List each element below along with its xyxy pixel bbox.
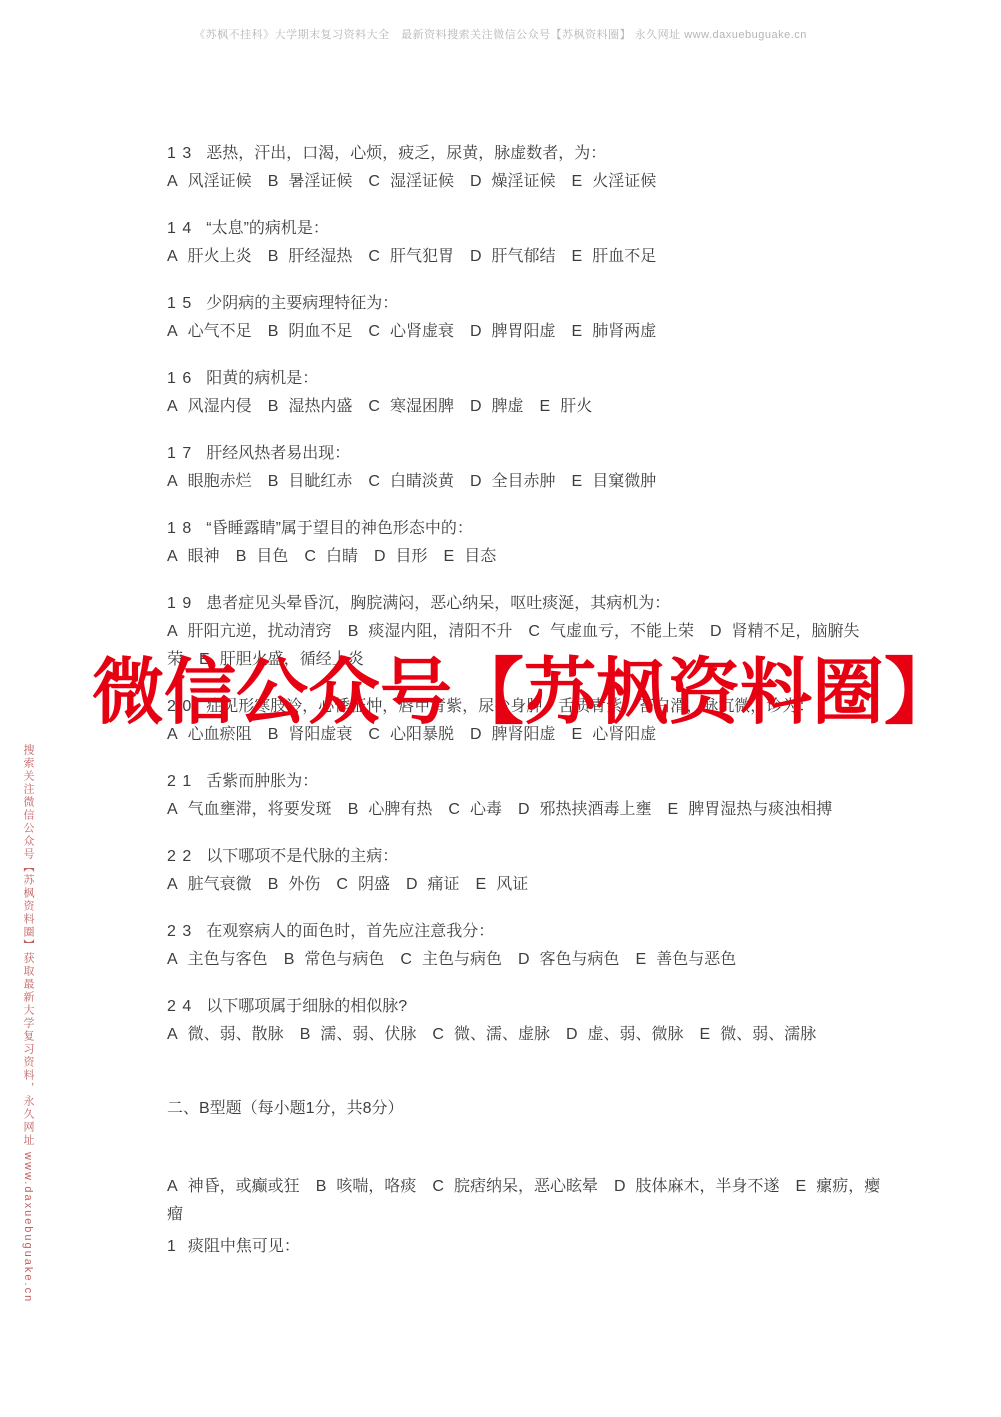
option-text: 脘痞纳呆，恶心眩晕	[454, 1178, 598, 1195]
option-key: E	[796, 1178, 807, 1195]
option-key: B	[348, 801, 359, 818]
option-text: 燥淫证候	[492, 173, 556, 190]
option-item: A眼神	[167, 548, 220, 565]
question-line: 1 7肝经风热者易出现：	[167, 440, 881, 468]
option-item: A脏气衰微	[167, 876, 252, 893]
option-key: A	[167, 801, 178, 818]
option-item: C气虚血亏，不能上荣	[528, 623, 694, 640]
option-text: 眼神	[188, 548, 220, 565]
option-key: E	[572, 173, 583, 190]
option-text: 外伤	[288, 876, 320, 893]
question-text: 患者症见头晕昏沉，胸脘满闷，恶心纳呆，呕吐痰涎，其病机为：	[206, 595, 670, 612]
question-number: 2 1	[167, 773, 192, 790]
option-key: A	[167, 473, 178, 490]
option-key: D	[470, 173, 482, 190]
question-number: 1 4	[167, 220, 192, 237]
section-b-subquestion: 1痰阻中焦可见：	[167, 1233, 881, 1261]
option-text: 气虚血亏，不能上荣	[550, 623, 694, 640]
option-item: E脾胃湿热与痰浊相搏	[668, 801, 833, 818]
option-key: B	[300, 1026, 311, 1043]
option-item: A眼胞赤烂	[167, 473, 252, 490]
option-item: B肝经湿热	[268, 248, 353, 265]
option-text: 风湿内侵	[188, 398, 252, 415]
option-list: A肝火上炎B肝经湿热C肝气犯胃D肝气郁结E肝血不足	[167, 243, 881, 271]
section-b-title: 二、B型题（每小题1分，共8分）	[167, 1095, 881, 1123]
side-margin-promo-text: 搜索关注微信公众号【苏枫资料圈】获取最新大学复习资料，永久网址 www.daxu…	[20, 744, 36, 1404]
option-item: A微、弱、散脉	[167, 1026, 284, 1043]
option-key: D	[406, 876, 418, 893]
option-text: 脾胃湿热与痰浊相搏	[688, 801, 832, 818]
option-key: E	[636, 951, 647, 968]
option-text: 白睛	[326, 548, 358, 565]
option-text: 善色与恶色	[656, 951, 736, 968]
option-item: D虚、弱、微脉	[566, 1026, 684, 1043]
option-list: A主色与客色B常色与病色C主色与病色D客色与病色E善色与恶色	[167, 946, 881, 974]
option-text: 火淫证候	[592, 173, 656, 190]
option-item: E目态	[444, 548, 497, 565]
option-text: 目形	[396, 548, 428, 565]
option-text: 主色与客色	[188, 951, 268, 968]
option-key: C	[432, 1026, 444, 1043]
exam-question: 1 8“昏睡露睛”属于望目的神色形态中的：A眼神B目色C白睛D目形E目态	[167, 515, 881, 571]
question-text: 痰阻中焦可见：	[188, 1238, 300, 1255]
option-key: B	[268, 173, 279, 190]
option-key: C	[368, 323, 380, 340]
exam-document-page: 《苏枫不挂科》大学期末复习资料大全 最新资料搜索关注微信公众号【苏枫资料圈】 永…	[0, 0, 1001, 1417]
option-text: 目窠微肿	[592, 473, 656, 490]
option-list: A心气不足B阴血不足C心肾虚衰D脾胃阳虚E肺肾两虚	[167, 318, 881, 346]
option-key: A	[167, 248, 178, 265]
option-item: B目眦红赤	[268, 473, 353, 490]
option-text: 微、弱、濡脉	[720, 1026, 816, 1043]
option-item: E目窠微肿	[572, 473, 657, 490]
option-item: B痰湿内阻，清阳不升	[348, 623, 513, 640]
option-item: D肝气郁结	[470, 248, 556, 265]
option-key: C	[528, 623, 540, 640]
option-key: E	[700, 1026, 711, 1043]
option-key: D	[470, 323, 482, 340]
option-text: 客色与病色	[540, 951, 620, 968]
option-item: A心气不足	[167, 323, 252, 340]
option-key: E	[668, 801, 679, 818]
option-item: D肢体麻木，半身不遂	[614, 1178, 780, 1195]
option-item: B暑淫证候	[268, 173, 353, 190]
question-text: 舌紫而肿胀为：	[206, 773, 318, 790]
option-item: C白睛	[304, 548, 358, 565]
question-number: 1 3	[167, 145, 192, 162]
option-item: A肝阳亢逆，扰动清窍	[167, 623, 332, 640]
option-key: C	[448, 801, 460, 818]
option-key: D	[518, 801, 530, 818]
option-item: C脘痞纳呆，恶心眩晕	[432, 1178, 598, 1195]
option-text: 眼胞赤烂	[188, 473, 252, 490]
question-line: 1 3恶热，汗出，口渴，心烦，疲乏，尿黄，脉虚数者，为：	[167, 140, 881, 168]
option-item: D邪热挟酒毒上壅	[518, 801, 652, 818]
option-key: C	[368, 248, 380, 265]
option-key: C	[368, 473, 380, 490]
option-item: C肝气犯胃	[368, 248, 454, 265]
option-item: C寒湿困脾	[368, 398, 454, 415]
exam-question: 2 1舌紫而肿胀为：A气血壅滞，将要发斑B心脾有热C心毒D邪热挟酒毒上壅E脾胃湿…	[167, 768, 881, 824]
option-key: D	[470, 398, 482, 415]
option-key: D	[374, 548, 386, 565]
option-key: B	[236, 548, 247, 565]
option-text: 肝气犯胃	[390, 248, 454, 265]
exam-question: 1 4“太息”的病机是：A肝火上炎B肝经湿热C肝气犯胃D肝气郁结E肝血不足	[167, 215, 881, 271]
option-key: E	[476, 876, 487, 893]
option-text: 邪热挟酒毒上壅	[540, 801, 652, 818]
option-key: D	[470, 473, 482, 490]
option-key: A	[167, 1178, 178, 1195]
option-text: 脏气衰微	[188, 876, 252, 893]
question-number: 2 2	[167, 848, 192, 865]
option-key: A	[167, 323, 178, 340]
option-item: C主色与病色	[400, 951, 502, 968]
option-text: 肢体麻木，半身不遂	[636, 1178, 780, 1195]
option-text: 肝火上炎	[188, 248, 252, 265]
exam-question: 2 4以下哪项属于细脉的相似脉?A微、弱、散脉B濡、弱、伏脉C微、濡、虚脉D虚、…	[167, 993, 881, 1049]
option-item: E善色与恶色	[636, 951, 737, 968]
option-item: D客色与病色	[518, 951, 620, 968]
option-item: A风湿内侵	[167, 398, 252, 415]
option-key: A	[167, 1026, 178, 1043]
option-item: E肝火	[540, 398, 593, 415]
option-list: A风淫证候B暑淫证候C湿淫证候D燥淫证候E火淫证候	[167, 168, 881, 196]
option-key: E	[572, 248, 583, 265]
option-key: C	[432, 1178, 444, 1195]
option-text: 肝气郁结	[492, 248, 556, 265]
exam-question: 2 3在观察病人的面色时，首先应注意我分：A主色与客色B常色与病色C主色与病色D…	[167, 918, 881, 974]
option-key: D	[710, 623, 722, 640]
section-b-option-list: A神昏，或癫或狂B咳喘，咯痰C脘痞纳呆，恶心眩晕D肢体麻木，半身不遂E瘰疬，瘿瘤	[167, 1173, 881, 1229]
option-list: A微、弱、散脉B濡、弱、伏脉C微、濡、虚脉D虚、弱、微脉E微、弱、濡脉	[167, 1021, 881, 1049]
question-number: 1 7	[167, 445, 192, 462]
option-item: D痛证	[406, 876, 460, 893]
option-key: E	[572, 473, 583, 490]
option-list: A脏气衰微B外伤C阴盛D痛证E风证	[167, 871, 881, 899]
exam-question: 2 2以下哪项不是代脉的主病：A脏气衰微B外伤C阴盛D痛证E风证	[167, 843, 881, 899]
question-text: 阳黄的病机是：	[206, 370, 318, 387]
question-line: 1 5少阴病的主要病理特征为：	[167, 290, 881, 318]
option-text: 暑淫证候	[288, 173, 352, 190]
option-text: 微、濡、虚脉	[454, 1026, 550, 1043]
question-number: 2 3	[167, 923, 192, 940]
question-line: 1 8“昏睡露睛”属于望目的神色形态中的：	[167, 515, 881, 543]
option-item: D目形	[374, 548, 428, 565]
option-key: C	[304, 548, 316, 565]
question-text: “昏睡露睛”属于望目的神色形态中的：	[206, 520, 473, 537]
question-line: 2 3在观察病人的面色时，首先应注意我分：	[167, 918, 881, 946]
option-item: B濡、弱、伏脉	[300, 1026, 417, 1043]
exam-question: 1 6阳黄的病机是：A风湿内侵B湿热内盛C寒湿困脾D脾虚E肝火	[167, 365, 881, 421]
question-list: 1 3恶热，汗出，口渴，心烦，疲乏，尿黄，脉虚数者，为：A风淫证候B暑淫证候C湿…	[167, 140, 881, 1049]
option-key: D	[566, 1026, 578, 1043]
option-key: C	[368, 173, 380, 190]
question-text: 恶热，汗出，口渴，心烦，疲乏，尿黄，脉虚数者，为：	[206, 145, 606, 162]
option-text: 阴盛	[358, 876, 390, 893]
option-text: 气血壅滞，将要发斑	[188, 801, 332, 818]
option-key: B	[268, 398, 279, 415]
option-item: B咳喘，咯痰	[316, 1178, 417, 1195]
option-text: 心肾虚衰	[390, 323, 454, 340]
exam-question: 1 5少阴病的主要病理特征为：A心气不足B阴血不足C心肾虚衰D脾胃阳虚E肺肾两虚	[167, 290, 881, 346]
option-item: D脾虚	[470, 398, 524, 415]
question-text: 以下哪项不是代脉的主病：	[206, 848, 398, 865]
option-text: 主色与病色	[422, 951, 502, 968]
option-text: 脾虚	[492, 398, 524, 415]
question-line: 2 2以下哪项不是代脉的主病：	[167, 843, 881, 871]
option-item: C湿淫证候	[368, 173, 454, 190]
option-item: D燥淫证候	[470, 173, 556, 190]
option-key: C	[368, 398, 380, 415]
option-key: E	[540, 398, 551, 415]
option-key: A	[167, 876, 178, 893]
option-text: 心脾有热	[368, 801, 432, 818]
option-text: 肝阳亢逆，扰动清窍	[188, 623, 332, 640]
option-list: A气血壅滞，将要发斑B心脾有热C心毒D邪热挟酒毒上壅E脾胃湿热与痰浊相搏	[167, 796, 881, 824]
option-key: A	[167, 548, 178, 565]
option-item: C心毒	[448, 801, 502, 818]
option-text: 肺肾两虚	[592, 323, 656, 340]
option-text: 湿热内盛	[288, 398, 352, 415]
option-text: 痛证	[428, 876, 460, 893]
option-item: E火淫证候	[572, 173, 657, 190]
question-line: 1 4“太息”的病机是：	[167, 215, 881, 243]
option-text: 白睛淡黄	[390, 473, 454, 490]
option-key: C	[400, 951, 412, 968]
page-header-note: 《苏枫不挂科》大学期末复习资料大全 最新资料搜索关注微信公众号【苏枫资料圈】 永…	[0, 26, 1001, 42]
question-text: 肝经风热者易出现：	[206, 445, 350, 462]
question-text: 少阴病的主要病理特征为：	[206, 295, 398, 312]
exam-question: 1 3恶热，汗出，口渴，心烦，疲乏，尿黄，脉虚数者，为：A风淫证候B暑淫证候C湿…	[167, 140, 881, 196]
option-text: 肝血不足	[592, 248, 656, 265]
option-text: 心气不足	[188, 323, 252, 340]
option-item: A气血壅滞，将要发斑	[167, 801, 332, 818]
option-item: A肝火上炎	[167, 248, 252, 265]
question-number: 1	[167, 1238, 176, 1255]
option-list: A眼神B目色C白睛D目形E目态	[167, 543, 881, 571]
option-item: E肝血不足	[572, 248, 657, 265]
option-text: 风证	[496, 876, 528, 893]
option-text: 心毒	[470, 801, 502, 818]
option-text: 濡、弱、伏脉	[320, 1026, 416, 1043]
option-item: C微、濡、虚脉	[432, 1026, 550, 1043]
option-item: D脾胃阳虚	[470, 323, 556, 340]
question-text: 以下哪项属于细脉的相似脉?	[206, 998, 407, 1015]
option-key: B	[268, 248, 279, 265]
question-number: 1 5	[167, 295, 192, 312]
option-text: 湿淫证候	[390, 173, 454, 190]
option-list: A眼胞赤烂B目眦红赤C白睛淡黄D全目赤肿E目窠微肿	[167, 468, 881, 496]
option-text: 全目赤肿	[492, 473, 556, 490]
option-text: 微、弱、散脉	[188, 1026, 284, 1043]
option-item: B目色	[236, 548, 289, 565]
red-watermark-text: 微信公众号【苏枫资料圈】	[92, 656, 956, 732]
question-number: 1 6	[167, 370, 192, 387]
option-item: B湿热内盛	[268, 398, 353, 415]
option-item: B心脾有热	[348, 801, 433, 818]
option-item: E肺肾两虚	[572, 323, 657, 340]
option-text: 肝火	[560, 398, 592, 415]
option-item: C心肾虚衰	[368, 323, 454, 340]
option-item: A风淫证候	[167, 173, 252, 190]
option-item: B阴血不足	[268, 323, 353, 340]
option-text: 寒湿困脾	[390, 398, 454, 415]
option-text: 风淫证候	[188, 173, 252, 190]
option-item: A主色与客色	[167, 951, 268, 968]
option-text: 脾胃阳虚	[492, 323, 556, 340]
option-key: B	[268, 323, 279, 340]
question-number: 1 9	[167, 595, 192, 612]
option-key: C	[336, 876, 348, 893]
option-key: D	[614, 1178, 626, 1195]
question-line: 1 6阳黄的病机是：	[167, 365, 881, 393]
exam-question: 1 7肝经风热者易出现：A眼胞赤烂B目眦红赤C白睛淡黄D全目赤肿E目窠微肿	[167, 440, 881, 496]
option-key: A	[167, 173, 178, 190]
option-text: 常色与病色	[304, 951, 384, 968]
option-key: B	[348, 623, 359, 640]
option-text: 目眦红赤	[288, 473, 352, 490]
option-item: C阴盛	[336, 876, 390, 893]
question-number: 2 4	[167, 998, 192, 1015]
option-key: A	[167, 951, 178, 968]
option-key: E	[572, 323, 583, 340]
option-item: C白睛淡黄	[368, 473, 454, 490]
option-text: 神昏，或癫或狂	[188, 1178, 300, 1195]
option-text: 目态	[464, 548, 496, 565]
option-key: A	[167, 398, 178, 415]
option-item: E风证	[476, 876, 529, 893]
option-text: 咳喘，咯痰	[336, 1178, 416, 1195]
option-list: A风湿内侵B湿热内盛C寒湿困脾D脾虚E肝火	[167, 393, 881, 421]
question-line: 2 1舌紫而肿胀为：	[167, 768, 881, 796]
option-key: D	[470, 248, 482, 265]
question-number: 1 8	[167, 520, 192, 537]
option-item: E微、弱、濡脉	[700, 1026, 817, 1043]
option-text: 肝经湿热	[288, 248, 352, 265]
question-text: “太息”的病机是：	[206, 220, 329, 237]
option-text: 阴血不足	[288, 323, 352, 340]
option-key: B	[284, 951, 295, 968]
option-text: 目色	[256, 548, 288, 565]
option-key: A	[167, 623, 178, 640]
option-item: B常色与病色	[284, 951, 385, 968]
option-item: A神昏，或癫或狂	[167, 1178, 300, 1195]
option-key: B	[268, 876, 279, 893]
option-item: D全目赤肿	[470, 473, 556, 490]
option-text: 虚、弱、微脉	[588, 1026, 684, 1043]
option-key: E	[444, 548, 455, 565]
option-key: B	[316, 1178, 327, 1195]
option-key: D	[518, 951, 530, 968]
section-b-subquestions: 1痰阻中焦可见：	[167, 1233, 881, 1261]
question-line: 1 9患者症见头晕昏沉，胸脘满闷，恶心纳呆，呕吐痰涎，其病机为：	[167, 590, 881, 618]
option-item: B外伤	[268, 876, 321, 893]
option-text: 痰湿内阻，清阳不升	[368, 623, 512, 640]
option-key: B	[268, 473, 279, 490]
question-text: 在观察病人的面色时，首先应注意我分：	[206, 923, 494, 940]
question-line: 2 4以下哪项属于细脉的相似脉?	[167, 993, 881, 1021]
